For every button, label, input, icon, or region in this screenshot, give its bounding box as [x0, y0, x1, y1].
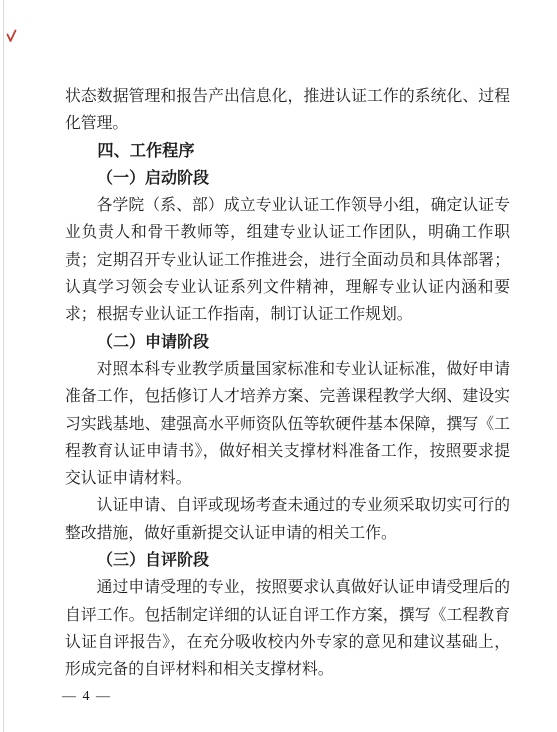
section-heading: （三）自评阶段: [65, 547, 510, 574]
document-content: 状态数据管理和报告产出信息化，推进认证工作的系统化、过程化管理。四、工作程序（一…: [65, 83, 510, 684]
document-page: 状态数据管理和报告产出信息化，推进认证工作的系统化、过程化管理。四、工作程序（一…: [0, 0, 557, 732]
body-paragraph: 认证申请、自评或现场考查未通过的专业须采取切实可行的整改措施，做好重新提交认证申…: [65, 492, 510, 547]
body-paragraph: 通过申请受理的专业，按照要求认真做好认证申请受理后的自评工作。包括制定详细的认证…: [65, 574, 510, 683]
corner-red-mark-stroke: [8, 31, 16, 42]
body-paragraph: 各学院（系、部）成立专业认证工作领导小组，确定认证专业负责人和骨干教师等，组建专…: [65, 192, 510, 328]
page-edge-line: [3, 0, 4, 732]
section-heading: 四、工作程序: [65, 138, 510, 165]
section-heading: （一）启动阶段: [65, 165, 510, 192]
body-paragraph: 对照本科专业教学质量国家标准和专业认证标准，做好申请准备工作，包括修订人才培养方…: [65, 356, 510, 492]
corner-red-mark: [6, 29, 17, 43]
page-number: — 4 —: [62, 689, 112, 705]
section-heading: （二）申请阶段: [65, 329, 510, 356]
body-paragraph: 状态数据管理和报告产出信息化，推进认证工作的系统化、过程化管理。: [65, 83, 510, 138]
